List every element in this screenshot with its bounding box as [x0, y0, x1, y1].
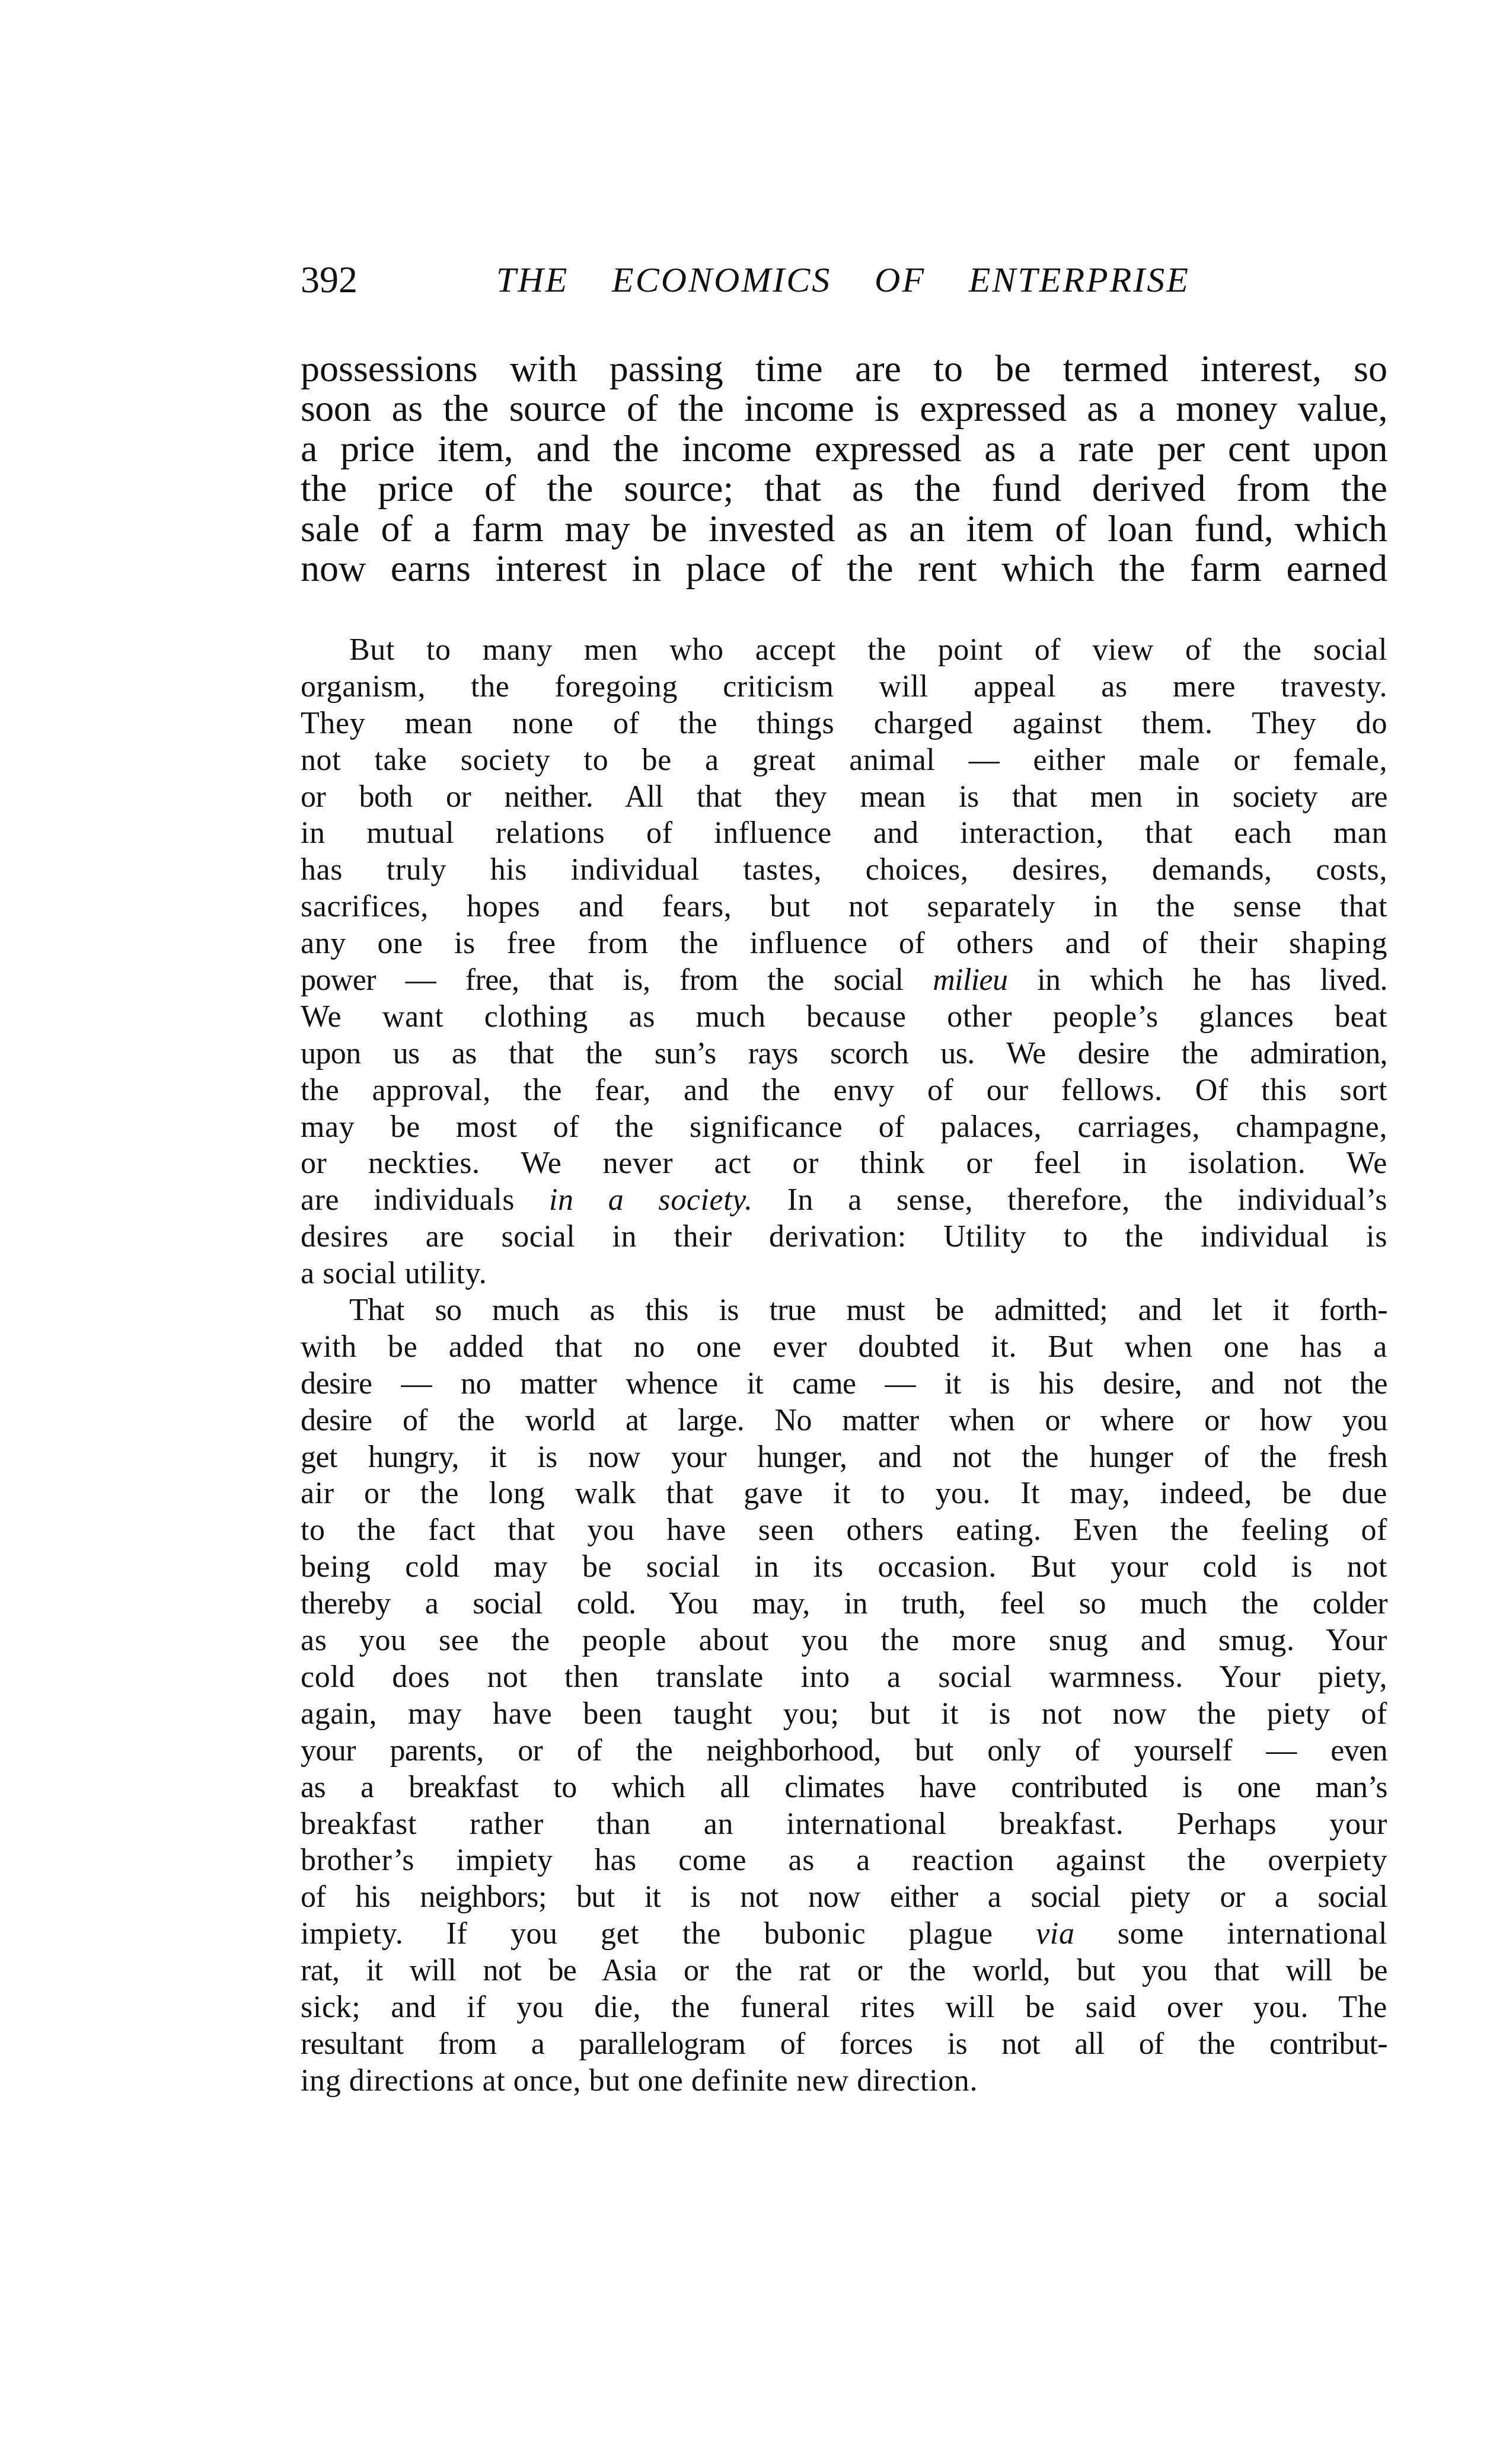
- paragraph-2: But to many men who accept the point of …: [301, 632, 1387, 1292]
- text-line: sick; and if you die, the funeral rites …: [301, 1989, 1387, 2026]
- text-line: a price item, and the income expressed a…: [301, 429, 1387, 468]
- text-line: again, may have been taught you; but it …: [301, 1696, 1387, 1733]
- text-line: sacrifices, hopes and fears, but not sep…: [301, 889, 1387, 925]
- text-line: not take society to be a great animal — …: [301, 742, 1387, 779]
- text-line: thereby a social cold. You may, in truth…: [301, 1586, 1387, 1622]
- text-line: may be most of the significance of palac…: [301, 1109, 1387, 1146]
- text-line: sale of a farm may be invested as an ite…: [301, 509, 1387, 548]
- text-line: has truly his individual tastes, choices…: [301, 852, 1387, 889]
- text-line: air or the long walk that gave it to you…: [301, 1475, 1387, 1512]
- text-line: or neckties. We never act or think or fe…: [301, 1145, 1387, 1182]
- text-line: upon us as that the sun’s rays scorch us…: [301, 1036, 1387, 1072]
- text-segment: power — free, that is, from the social: [301, 963, 933, 997]
- text-line: But to many men who accept the point of …: [301, 632, 1387, 669]
- italic-term: via: [1036, 1917, 1074, 1951]
- text-line: the price of the source; that as the fun…: [301, 468, 1387, 508]
- running-title: THE ECONOMICS OF ENTERPRISE: [496, 256, 1190, 303]
- text-line: desire of the world at large. No matter …: [301, 1402, 1387, 1439]
- text-line: ing directions at once, but one definite…: [301, 2063, 1387, 2099]
- text-line-with-italic: power — free, that is, from the social m…: [301, 962, 1387, 999]
- text-line: as a breakfast to which all climates hav…: [301, 1769, 1387, 1806]
- text-line: possessions with passing time are to be …: [301, 349, 1387, 388]
- paragraph-3: That so much as this is true must be adm…: [301, 1292, 1387, 2099]
- text-line: soon as the source of the income is expr…: [301, 388, 1387, 428]
- text-line: rat, it will not be Asia or the rat or t…: [301, 1952, 1387, 1989]
- text-line: They mean none of the things charged aga…: [301, 705, 1387, 742]
- text-line: your parents, or of the neighborhood, bu…: [301, 1733, 1387, 1769]
- text-line: to the fact that you have seen others ea…: [301, 1512, 1387, 1549]
- body-text: But to many men who accept the point of …: [301, 632, 1387, 2099]
- text-line: We want clothing as much because other p…: [301, 999, 1387, 1036]
- text-line: of his neighbors; but it is not now eith…: [301, 1879, 1387, 1916]
- page-number: 392: [301, 256, 358, 303]
- text-line: desires are social in their derivation: …: [301, 1219, 1387, 1255]
- text-line: a social utility.: [301, 1255, 1387, 1292]
- text-line: cold does not then translate into a soci…: [301, 1659, 1387, 1696]
- text-segment: some international: [1074, 1917, 1387, 1951]
- text-segment: are individuals: [301, 1183, 549, 1217]
- text-segment: impiety. If you get the bubonic plague: [301, 1917, 1036, 1951]
- text-line: any one is free from the influence of ot…: [301, 925, 1387, 962]
- text-line: breakfast rather than an international b…: [301, 1806, 1387, 1843]
- text-line-with-italic: are individuals in a society. In a sense…: [301, 1182, 1387, 1219]
- italic-term: milieu: [933, 963, 1007, 997]
- text-line: organism, the foregoing criticism will a…: [301, 669, 1387, 705]
- text-line: as you see the people about you the more…: [301, 1622, 1387, 1659]
- text-line: in mutual relations of influence and int…: [301, 815, 1387, 852]
- text-line: That so much as this is true must be adm…: [301, 1292, 1387, 1329]
- text-line: with be added that no one ever doubted i…: [301, 1329, 1387, 1366]
- text-line: desire — no matter whence it came — it i…: [301, 1366, 1387, 1402]
- text-line: now earns interest in place of the rent …: [301, 548, 1387, 588]
- italic-term: in a society.: [549, 1183, 753, 1217]
- text-line: the approval, the fear, and the envy of …: [301, 1072, 1387, 1109]
- text-line: get hungry, it is now your hunger, and n…: [301, 1439, 1387, 1476]
- text-segment: In a sense, therefore, the individual’s: [753, 1183, 1387, 1217]
- continued-paragraph: possessions with passing time are to be …: [301, 349, 1387, 588]
- text-line: brother’s impiety has come as a reaction…: [301, 1842, 1387, 1879]
- book-page: 392 THE ECONOMICS OF ENTERPRISE possessi…: [0, 0, 1506, 2464]
- running-head: 392 THE ECONOMICS OF ENTERPRISE: [301, 256, 1387, 303]
- text-line: being cold may be social in its occasion…: [301, 1549, 1387, 1586]
- text-line-with-italic: impiety. If you get the bubonic plague v…: [301, 1916, 1387, 1952]
- text-segment: in which he has lived.: [1008, 963, 1388, 997]
- text-line: resultant from a parallelogram of forces…: [301, 2026, 1387, 2063]
- text-line: or both or neither. All that they mean i…: [301, 779, 1387, 816]
